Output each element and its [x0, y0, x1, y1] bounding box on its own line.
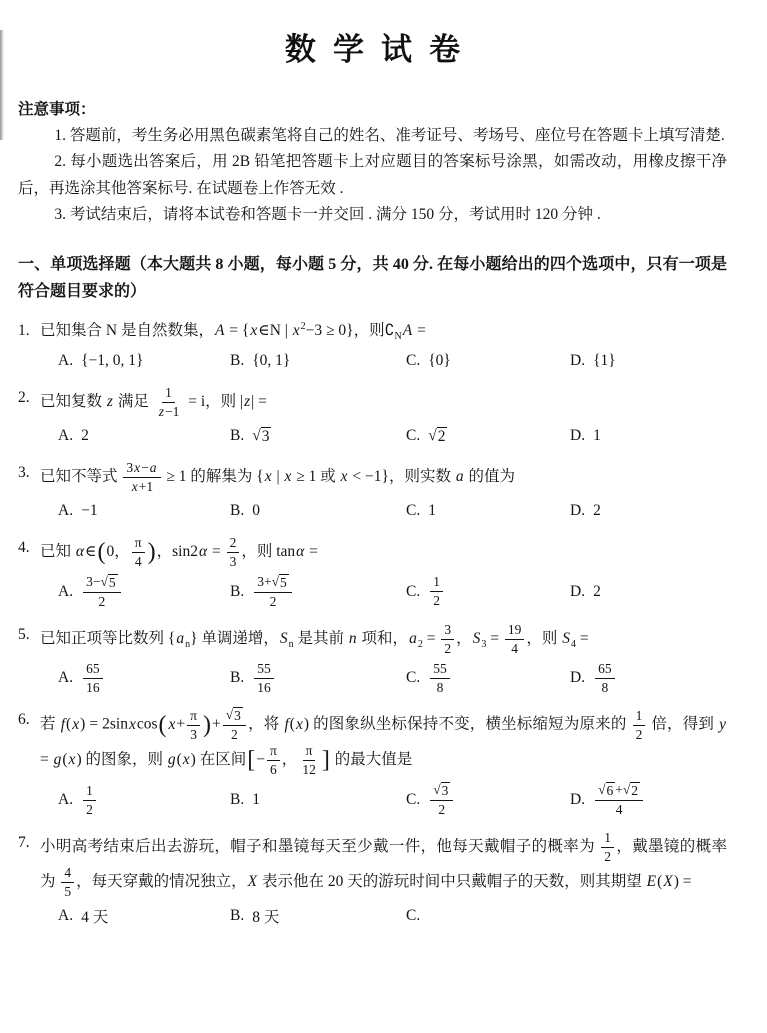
question-1-stem: 1.已知集合 N 是自然数集，A = {x∈N | x2−3 ≥ 0}，则∁NA…	[18, 318, 727, 345]
question-5-option-D: D.658	[570, 661, 727, 696]
question-6-stem: 6.若 f(x) = 2sinxcos(x+π3)+√32，将 f(x) 的图象…	[18, 707, 727, 778]
question-5-number: 5.	[18, 622, 30, 647]
option-label: C.	[406, 907, 420, 925]
section-one-heading: 一、单项选择题（本大题共 8 小题，每小题 5 分，共 40 分. 在每小题给出…	[18, 252, 727, 306]
question-3-number: 3.	[18, 460, 30, 485]
question-4-options: A.3−√52B.3+√52C.12D.2	[58, 574, 727, 610]
question-1: 1.已知集合 N 是自然数集，A = {x∈N | x2−3 ≥ 0}，则∁NA…	[18, 318, 727, 373]
question-3-stem: 3.已知不等式 3x−ax+1 ≥ 1 的解集为 {x | x ≥ 1 或 x …	[18, 460, 727, 495]
page-title: 数学试卷	[18, 24, 727, 69]
notice-item-2: 2. 每小题选出答案后，用 2B 铅笔把答题卡上对应题目的答案标号涂黑，如需改动…	[18, 149, 727, 202]
question-1-option-A: A.{−1, 0, 1}	[58, 349, 230, 373]
notice-heading: 注意事项：	[18, 97, 727, 119]
question-5-stem: 5.已知正项等比数列 {an} 单调递增，Sn 是其前 n 项和，a2 = 32…	[18, 622, 727, 657]
question-7-number: 7.	[18, 830, 30, 855]
question-6: 6.若 f(x) = 2sinxcos(x+π3)+√32，将 f(x) 的图象…	[18, 707, 727, 818]
question-3: 3.已知不等式 3x−ax+1 ≥ 1 的解集为 {x | x ≥ 1 或 x …	[18, 460, 727, 523]
question-4-number: 4.	[18, 535, 30, 560]
question-5-option-A: A.6516	[58, 661, 230, 696]
option-label: B.	[230, 352, 244, 370]
question-6-options: A.12B.1C.√32D.√6+√24	[58, 782, 727, 818]
question-2-stem: 2.已知复数 z 满足 1z−1 = i，则 |z| =	[18, 385, 727, 420]
question-4: 4.已知 α∈(0，π4)，sin2α = 23，则 tanα =A.3−√52…	[18, 535, 727, 610]
question-7-option-A: A.4 天	[58, 904, 230, 928]
option-label: A.	[58, 669, 73, 687]
option-label: C.	[406, 427, 420, 445]
option-label: D.	[570, 791, 585, 809]
question-7: 7.小明高考结束后出去游玩，帽子和墨镜每天至少戴一件，他每天戴帽子的概率为 12…	[18, 830, 727, 928]
option-label: B.	[230, 583, 244, 601]
question-list: 1.已知集合 N 是自然数集，A = {x∈N | x2−3 ≥ 0}，则∁NA…	[18, 318, 727, 928]
option-label: B.	[230, 669, 244, 687]
question-4-option-A: A.3−√52	[58, 574, 230, 610]
notice-item-1: 1. 答题前，考生务必用黑色碳素笔将自己的姓名、准考证号、考场号、座位号在答题卡…	[18, 123, 727, 149]
question-2-option-C: C.√2	[406, 424, 570, 448]
question-1-option-B: B.{0, 1}	[230, 349, 406, 373]
option-label: A.	[58, 502, 73, 520]
question-6-option-A: A.12	[58, 783, 230, 818]
question-4-option-B: B.3+√52	[230, 574, 406, 610]
option-label: B.	[230, 907, 244, 925]
question-5-option-B: B.5516	[230, 661, 406, 696]
option-label: C.	[406, 352, 420, 370]
question-5: 5.已知正项等比数列 {an} 单调递增，Sn 是其前 n 项和，a2 = 32…	[18, 622, 727, 696]
option-label: D.	[570, 502, 585, 520]
option-label: D.	[570, 352, 585, 370]
exam-paper-page: 数学试卷 注意事项： 1. 答题前，考生务必用黑色碳素笔将自己的姓名、准考证号、…	[0, 0, 767, 1033]
option-label: A.	[58, 791, 73, 809]
question-1-option-C: C.{0}	[406, 349, 570, 373]
question-4-option-C: C.12	[406, 574, 570, 609]
notice-section: 注意事项： 1. 答题前，考生务必用黑色碳素笔将自己的姓名、准考证号、考场号、座…	[18, 97, 727, 228]
option-label: A.	[58, 583, 73, 601]
question-3-option-A: A.−1	[58, 499, 230, 523]
question-5-option-C: C.558	[406, 661, 570, 696]
question-2-number: 2.	[18, 385, 30, 410]
question-4-option-D: D.2	[570, 580, 727, 604]
question-2-option-A: A.2	[58, 424, 230, 448]
notice-item-3: 3. 考试结束后，请将本试卷和答题卡一并交回 . 满分 150 分，考试用时 1…	[18, 202, 727, 228]
option-label: A.	[58, 427, 73, 445]
question-7-option-B: B.8 天	[230, 904, 406, 928]
option-label: D.	[570, 427, 585, 445]
option-label: C.	[406, 583, 420, 601]
question-1-options: A.{−1, 0, 1}B.{0, 1}C.{0}D.{1}	[58, 349, 727, 373]
option-label: C.	[406, 669, 420, 687]
option-label: B.	[230, 427, 244, 445]
question-2-option-D: D.1	[570, 424, 727, 448]
option-label: C.	[406, 502, 420, 520]
question-1-number: 1.	[18, 318, 30, 343]
question-7-options: A.4 天B.8 天C.	[58, 904, 727, 928]
option-label: C.	[406, 791, 420, 809]
option-label: B.	[230, 502, 244, 520]
question-3-option-C: C.1	[406, 499, 570, 523]
question-6-option-B: B.1	[230, 788, 406, 812]
option-label: D.	[570, 669, 585, 687]
question-3-option-B: B.0	[230, 499, 406, 523]
question-5-options: A.6516B.5516C.558D.658	[58, 661, 727, 696]
question-7-stem: 7.小明高考结束后出去游玩，帽子和墨镜每天至少戴一件，他每天戴帽子的概率为 12…	[18, 830, 727, 900]
option-label: D.	[570, 583, 585, 601]
question-1-option-D: D.{1}	[570, 349, 727, 373]
option-label: B.	[230, 791, 244, 809]
question-4-stem: 4.已知 α∈(0，π4)，sin2α = 23，则 tanα =	[18, 535, 727, 570]
notice-items: 1. 答题前，考生务必用黑色碳素笔将自己的姓名、准考证号、考场号、座位号在答题卡…	[18, 123, 727, 228]
option-label: A.	[58, 352, 73, 370]
question-3-options: A.−1B.0C.1D.2	[58, 499, 727, 523]
question-6-number: 6.	[18, 707, 30, 732]
question-2-option-B: B.√3	[230, 424, 406, 448]
question-6-option-D: D.√6+√24	[570, 782, 727, 818]
option-label: A.	[58, 907, 73, 925]
question-3-option-D: D.2	[570, 499, 727, 523]
question-7-option-C: C.	[406, 904, 570, 928]
question-2-options: A.2B.√3C.√2D.1	[58, 424, 727, 448]
question-6-option-C: C.√32	[406, 782, 570, 818]
question-2: 2.已知复数 z 满足 1z−1 = i，则 |z| =A.2B.√3C.√2D…	[18, 385, 727, 448]
